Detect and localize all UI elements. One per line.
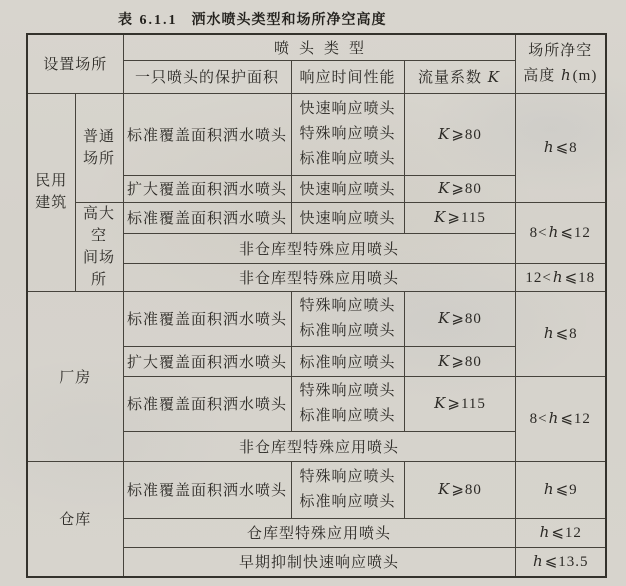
cell-k-value: K⩾80 <box>404 175 515 202</box>
cell-clearance-height: 12<h⩽18 <box>515 263 606 291</box>
header-head-type-label: 喷头类型 <box>274 41 374 57</box>
k-symbol: K <box>437 352 451 370</box>
cell-k-value: K⩾115 <box>404 376 515 431</box>
h-prefix: 8< <box>530 225 548 241</box>
coverage-label: 扩大覆盖面积洒水喷头 <box>127 355 287 371</box>
cell-clearance-height: h⩽8 <box>515 93 606 202</box>
cell-clearance-height: h⩽9 <box>515 461 606 518</box>
cell-special-application: 非仓库型特殊应用喷头 <box>123 263 515 291</box>
cell-coverage: 标准覆盖面积洒水喷头 <box>123 291 291 346</box>
cell-response: 快速响应喷头 <box>291 175 404 202</box>
coverage-label: 标准覆盖面积洒水喷头 <box>127 211 287 227</box>
cell-coverage: 标准覆盖面积洒水喷头 <box>123 93 291 175</box>
special-application-label: 非仓库型特殊应用喷头 <box>239 242 399 258</box>
cell-site-factory: 厂房 <box>27 291 123 461</box>
header-clearance-unit: (m) <box>573 68 598 84</box>
h-symbol: h <box>543 480 556 498</box>
header-flow-symbol: K <box>487 68 501 86</box>
response-line: 标准响应喷头 <box>300 355 396 371</box>
h-number: ⩽18 <box>565 270 596 286</box>
h-symbol: h <box>539 523 552 541</box>
table-number: 表 6.1.1 <box>118 13 178 28</box>
coverage-label: 标准覆盖面积洒水喷头 <box>127 128 287 144</box>
table-caption: 表 6.1.1洒水喷头类型和场所净空高度 <box>118 9 387 29</box>
cell-clearance-height: h⩽13.5 <box>515 547 606 577</box>
h-prefix: 8< <box>530 411 548 427</box>
cell-special-application: 非仓库型特殊应用喷头 <box>123 431 515 461</box>
header-clearance: 场所净空 高度 h(m) <box>515 34 606 93</box>
h-symbol: h <box>543 324 556 342</box>
h-number: ⩽9 <box>556 482 578 498</box>
header-clearance-symbol: h <box>560 66 573 84</box>
header-protect-area-label: 一只喷头的保护面积 <box>135 70 279 86</box>
response-line: 特殊响应喷头 <box>292 294 404 319</box>
cell-clearance-height: h⩽12 <box>515 518 606 547</box>
scanned-document-page: 表 6.1.1洒水喷头类型和场所净空高度 设置场所 喷头类型 场所净空 高度 h… <box>0 0 626 586</box>
k-symbol: K <box>437 480 451 498</box>
h-symbol: h <box>543 138 556 156</box>
header-protect-area: 一只喷头的保护面积 <box>123 60 291 93</box>
k-number: ⩾80 <box>451 181 482 197</box>
response-line: 标准响应喷头 <box>292 404 404 429</box>
special-application-label: 非仓库型特殊应用喷头 <box>239 271 399 287</box>
k-symbol: K <box>433 208 447 226</box>
header-clearance-line1: 场所净空 <box>516 39 606 63</box>
response-line: 特殊响应喷头 <box>292 122 404 147</box>
h-number: ⩽8 <box>556 326 578 342</box>
header-site: 设置场所 <box>27 34 123 93</box>
special-application-label: 早期抑制快速响应喷头 <box>239 555 399 571</box>
cell-site-ordinary-places: 普通 场所 <box>75 93 123 202</box>
cell-clearance-height: 8<h⩽12 <box>515 376 606 461</box>
coverage-label: 扩大覆盖面积洒水喷头 <box>127 182 287 198</box>
site-tall-line1: 高大空 <box>76 203 123 247</box>
cell-coverage: 扩大覆盖面积洒水喷头 <box>123 346 291 376</box>
response-line: 标准响应喷头 <box>292 147 404 172</box>
k-number: ⩾80 <box>451 482 482 498</box>
h-symbol: h <box>548 223 561 241</box>
k-symbol: K <box>437 309 451 327</box>
cell-response: 特殊响应喷头 标准响应喷头 <box>291 461 404 518</box>
cell-k-value: K⩾115 <box>404 202 515 233</box>
h-symbol: h <box>548 409 561 427</box>
coverage-label: 标准覆盖面积洒水喷头 <box>127 312 287 328</box>
cell-coverage: 标准覆盖面积洒水喷头 <box>123 461 291 518</box>
site-ordinary-line2: 场所 <box>76 148 123 170</box>
cell-coverage: 标准覆盖面积洒水喷头 <box>123 202 291 233</box>
k-number: ⩾80 <box>451 311 482 327</box>
header-response: 响应时间性能 <box>291 60 404 93</box>
site-civil-line1: 民用 <box>28 170 75 192</box>
response-line: 标准响应喷头 <box>292 490 404 515</box>
h-number: ⩽12 <box>560 225 591 241</box>
response-line: 标准响应喷头 <box>292 319 404 344</box>
site-factory-label: 厂房 <box>59 370 91 386</box>
cell-site-warehouse: 仓库 <box>27 461 123 577</box>
cell-site-tall-spaces: 高大空 间场所 <box>75 202 123 291</box>
header-clearance-line2: 高度 h(m) <box>516 63 606 88</box>
response-line: 特殊响应喷头 <box>292 465 404 490</box>
k-symbol: K <box>437 125 451 143</box>
cell-coverage: 扩大覆盖面积洒水喷头 <box>123 175 291 202</box>
k-symbol: K <box>433 394 447 412</box>
header-response-label: 响应时间性能 <box>300 70 396 86</box>
cell-k-value: K⩾80 <box>404 346 515 376</box>
header-flow-word: 流量系数 <box>418 70 482 86</box>
header-head-type: 喷头类型 <box>123 34 515 60</box>
cell-clearance-height: h⩽8 <box>515 291 606 376</box>
table-title: 洒水喷头类型和场所净空高度 <box>192 13 387 28</box>
cell-k-value: K⩾80 <box>404 461 515 518</box>
site-ordinary-line1: 普通 <box>76 126 123 148</box>
response-line: 快速响应喷头 <box>300 211 396 227</box>
cell-k-value: K⩾80 <box>404 291 515 346</box>
h-symbol: h <box>552 268 565 286</box>
h-number: ⩽8 <box>556 140 578 156</box>
coverage-label: 标准覆盖面积洒水喷头 <box>127 397 287 413</box>
special-application-label: 非仓库型特殊应用喷头 <box>239 440 399 456</box>
h-number: ⩽12 <box>560 411 591 427</box>
cell-response: 特殊响应喷头 标准响应喷头 <box>291 376 404 431</box>
cell-special-application: 早期抑制快速响应喷头 <box>123 547 515 577</box>
h-number: ⩽13.5 <box>545 554 589 570</box>
coverage-label: 标准覆盖面积洒水喷头 <box>127 483 287 499</box>
k-number: ⩾80 <box>451 354 482 370</box>
k-symbol: K <box>437 179 451 197</box>
cell-clearance-height: 8<h⩽12 <box>515 202 606 263</box>
cell-response: 特殊响应喷头 标准响应喷头 <box>291 291 404 346</box>
header-site-label: 设置场所 <box>43 57 107 73</box>
response-line: 快速响应喷头 <box>292 97 404 122</box>
header-flow-coefficient: 流量系数 K <box>404 60 515 93</box>
cell-k-value: K⩾80 <box>404 93 515 175</box>
cell-response: 标准响应喷头 <box>291 346 404 376</box>
cell-special-application: 仓库型特殊应用喷头 <box>123 518 515 547</box>
k-number: ⩾80 <box>451 127 482 143</box>
sprinkler-clearance-table: 设置场所 喷头类型 场所净空 高度 h(m) 一只喷头的保护面积 响应时间性能 … <box>26 33 607 578</box>
site-warehouse-label: 仓库 <box>59 512 91 528</box>
h-number: ⩽12 <box>551 525 582 541</box>
cell-site-civil-building: 民用 建筑 <box>27 93 75 291</box>
response-line: 快速响应喷头 <box>300 182 396 198</box>
response-line: 特殊响应喷头 <box>292 379 404 404</box>
site-civil-line2: 建筑 <box>28 192 75 214</box>
site-tall-line2: 间场所 <box>76 247 123 291</box>
k-number: ⩾115 <box>447 210 486 226</box>
cell-special-application: 非仓库型特殊应用喷头 <box>123 233 515 263</box>
h-symbol: h <box>532 552 545 570</box>
h-prefix: 12< <box>525 270 551 286</box>
k-number: ⩾115 <box>447 396 486 412</box>
cell-response: 快速响应喷头 <box>291 202 404 233</box>
cell-coverage: 标准覆盖面积洒水喷头 <box>123 376 291 431</box>
header-clearance-word: 高度 <box>523 68 555 84</box>
cell-response: 快速响应喷头 特殊响应喷头 标准响应喷头 <box>291 93 404 175</box>
special-application-label: 仓库型特殊应用喷头 <box>247 526 391 542</box>
